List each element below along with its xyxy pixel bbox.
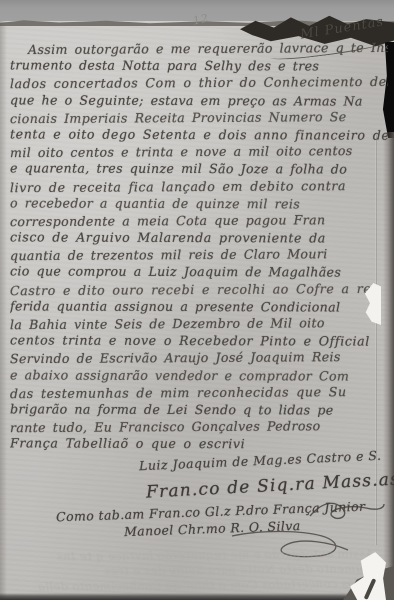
manuscript-line: lados concertados Com o thior do Conheci…	[10, 73, 388, 92]
manuscript-line: brigarão na forma de Lei Sendo q to lida…	[10, 400, 388, 419]
scanned-document-page: 12 Ml Puentas Assim outorgarão e me requ…	[0, 0, 394, 600]
manuscript-line: cio que comprou a Luiz Joaquim de Magalh…	[10, 263, 388, 282]
manuscript-line: cisco de Arguivo Malarenda proveniente d…	[10, 228, 388, 247]
manuscript-line: das testemunhas de mim reconhecidas que …	[10, 383, 388, 402]
manuscript-body: Assim outorgarão e me requererão lavrace…	[10, 40, 388, 453]
manuscript-line: livro de receita fica lançado em debito …	[10, 176, 388, 195]
manuscript-line: o recebedor a quantia de quinze mil reis	[10, 194, 388, 213]
manuscript-line: cionais Imperiais Receita Provincias Num…	[10, 108, 388, 127]
manuscript-line: que he o Seguinte; estava em preço as Ar…	[10, 91, 388, 110]
manuscript-line: la Bahia vinte Seis de Dezembro de Mil o…	[10, 314, 388, 333]
rubric-flourish-icon	[308, 498, 386, 528]
manuscript-line: e abaixo assignarão vendedor e comprador…	[10, 366, 388, 385]
manuscript-line: Servindo de Escrivão Araujo José Joaquim…	[10, 348, 388, 367]
manuscript-line: tenta e oito dego Setenta e dois anno fi…	[10, 125, 388, 144]
manuscript-line: e quarenta, tres quinze mil São Joze a f…	[10, 160, 388, 179]
manuscript-line: correspondente a meia Cota que pagou Fra…	[10, 211, 388, 230]
manuscript-line: rante tudo, Eu Francisco Gonçalves Pedro…	[10, 417, 388, 436]
show-through-ghost-text: Assim outorgarão e me requererão lavrace…	[14, 548, 374, 593]
manuscript-line: Castro e dito ouro recebi e recolhi ao C…	[10, 279, 388, 298]
left-edge-shadow	[0, 21, 7, 600]
manuscript-line: ferida quantia assignou a presente Condi…	[10, 297, 388, 316]
manuscript-line: Assim outorgarão e me requererão lavrace…	[10, 39, 388, 58]
manuscript-line: mil oito centos e trinta e nove a mil oi…	[10, 142, 388, 161]
